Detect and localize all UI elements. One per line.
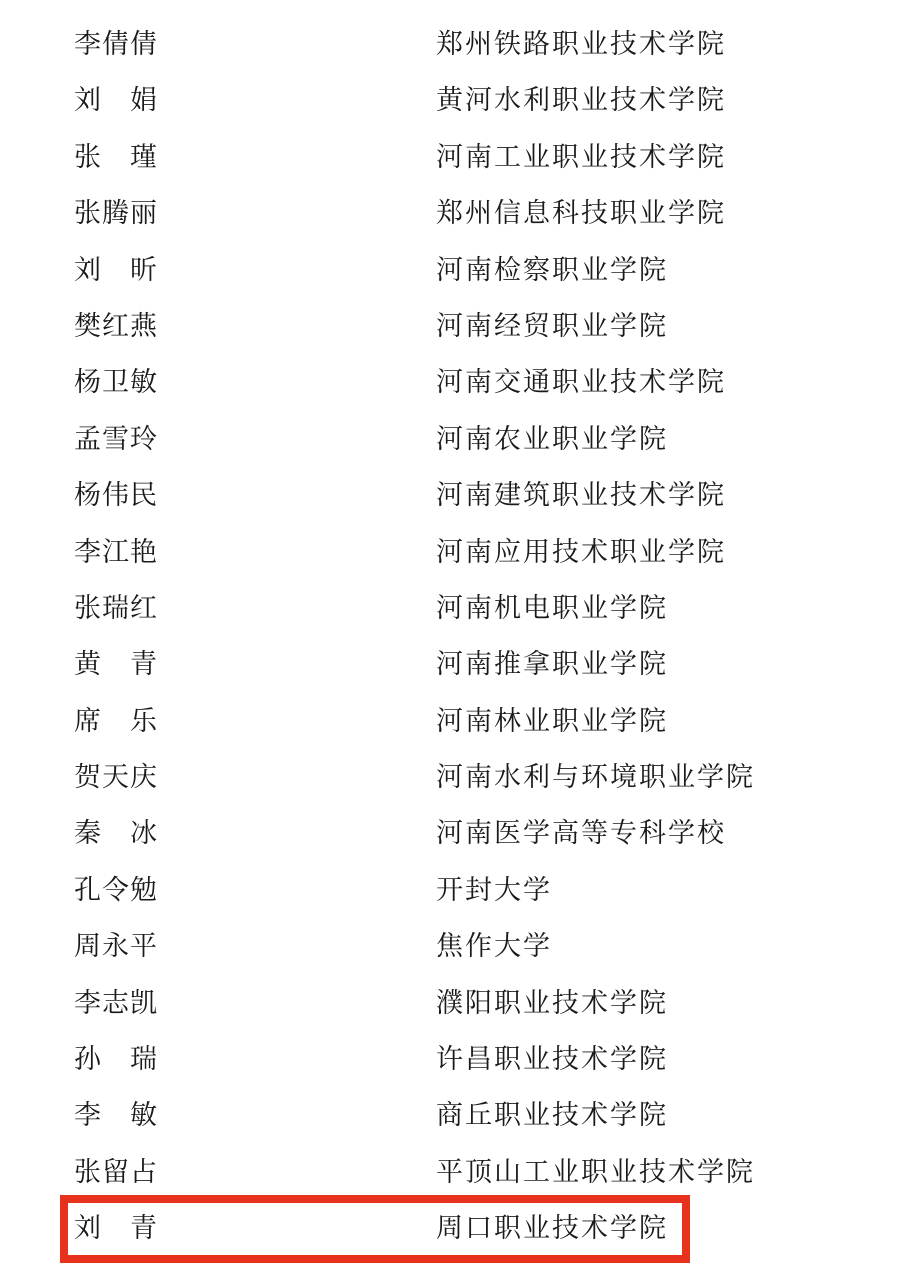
person-name: 李江艳: [74, 525, 158, 581]
name-school-list: 李倩倩郑州铁路职业技术学院 刘 娟黄河水利职业技术学院 张 瑾河南工业职业技术学…: [0, 17, 904, 1258]
person-name: 樊红燕: [74, 299, 158, 355]
school-name: 河南工业职业技术学院: [436, 130, 726, 186]
school-name: 开封大学: [436, 863, 552, 919]
school-name: 河南建筑职业技术学院: [436, 468, 726, 524]
person-name: 周永平: [74, 919, 158, 975]
person-name: 贺天庆: [74, 750, 158, 806]
school-name: 郑州铁路职业技术学院: [436, 17, 726, 73]
list-row: 周永平焦作大学: [0, 919, 904, 975]
list-row: 杨卫敏河南交通职业技术学院: [0, 355, 904, 411]
list-row: 李志凯濮阳职业技术学院: [0, 976, 904, 1032]
person-name: 孟雪玲: [74, 412, 158, 468]
list-row: 李倩倩郑州铁路职业技术学院: [0, 17, 904, 73]
school-name: 河南应用技术职业学院: [436, 525, 726, 581]
person-name: 刘 娟: [74, 73, 158, 129]
list-row: 秦 冰河南医学高等专科学校: [0, 806, 904, 862]
school-name: 郑州信息科技职业学院: [436, 186, 726, 242]
person-name: 席 乐: [74, 694, 158, 750]
list-row: 樊红燕河南经贸职业学院: [0, 299, 904, 355]
person-name: 杨伟民: [74, 468, 158, 524]
school-name: 河南推拿职业学院: [436, 637, 668, 693]
list-row: 孟雪玲河南农业职业学院: [0, 412, 904, 468]
list-row: 刘 昕河南检察职业学院: [0, 243, 904, 299]
list-row: 孔令勉开封大学: [0, 863, 904, 919]
person-name: 黄 青: [74, 637, 158, 693]
person-name: 李倩倩: [74, 17, 158, 73]
person-name: 杨卫敏: [74, 355, 158, 411]
person-name: 秦 冰: [74, 806, 158, 862]
list-row-highlighted: 刘 青周口职业技术学院: [0, 1201, 904, 1257]
list-row: 孙 瑞许昌职业技术学院: [0, 1032, 904, 1088]
person-name: 孔令勉: [74, 863, 158, 919]
school-name: 焦作大学: [436, 919, 552, 975]
school-name: 河南医学高等专科学校: [436, 806, 726, 862]
school-name: 濮阳职业技术学院: [436, 976, 668, 1032]
school-name: 河南机电职业学院: [436, 581, 668, 637]
list-row: 张腾丽郑州信息科技职业学院: [0, 186, 904, 242]
school-name: 周口职业技术学院: [436, 1201, 668, 1257]
school-name: 河南交通职业技术学院: [436, 355, 726, 411]
person-name: 张腾丽: [74, 186, 158, 242]
school-name: 黄河水利职业技术学院: [436, 73, 726, 129]
person-name: 刘 昕: [74, 243, 158, 299]
school-name: 河南水利与环境职业学院: [436, 750, 755, 806]
list-row: 李 敏商丘职业技术学院: [0, 1088, 904, 1144]
person-name: 孙 瑞: [74, 1032, 158, 1088]
school-name: 河南经贸职业学院: [436, 299, 668, 355]
person-name: 李 敏: [74, 1088, 158, 1144]
school-name: 平顶山工业职业技术学院: [436, 1145, 755, 1201]
person-name: 刘 青: [74, 1201, 158, 1257]
person-name: 张留占: [74, 1145, 158, 1201]
school-name: 河南检察职业学院: [436, 243, 668, 299]
school-name: 河南林业职业学院: [436, 694, 668, 750]
list-row: 黄 青河南推拿职业学院: [0, 637, 904, 693]
list-row: 刘 娟黄河水利职业技术学院: [0, 73, 904, 129]
list-row: 杨伟民河南建筑职业技术学院: [0, 468, 904, 524]
school-name: 河南农业职业学院: [436, 412, 668, 468]
person-name: 张瑞红: [74, 581, 158, 637]
list-row: 张 瑾河南工业职业技术学院: [0, 130, 904, 186]
list-row: 李江艳河南应用技术职业学院: [0, 525, 904, 581]
school-name: 许昌职业技术学院: [436, 1032, 668, 1088]
list-row: 贺天庆河南水利与环境职业学院: [0, 750, 904, 806]
school-name: 商丘职业技术学院: [436, 1088, 668, 1144]
list-row: 张留占平顶山工业职业技术学院: [0, 1145, 904, 1201]
list-row: 张瑞红河南机电职业学院: [0, 581, 904, 637]
person-name: 李志凯: [74, 976, 158, 1032]
person-name: 张 瑾: [74, 130, 158, 186]
list-row: 席 乐河南林业职业学院: [0, 694, 904, 750]
